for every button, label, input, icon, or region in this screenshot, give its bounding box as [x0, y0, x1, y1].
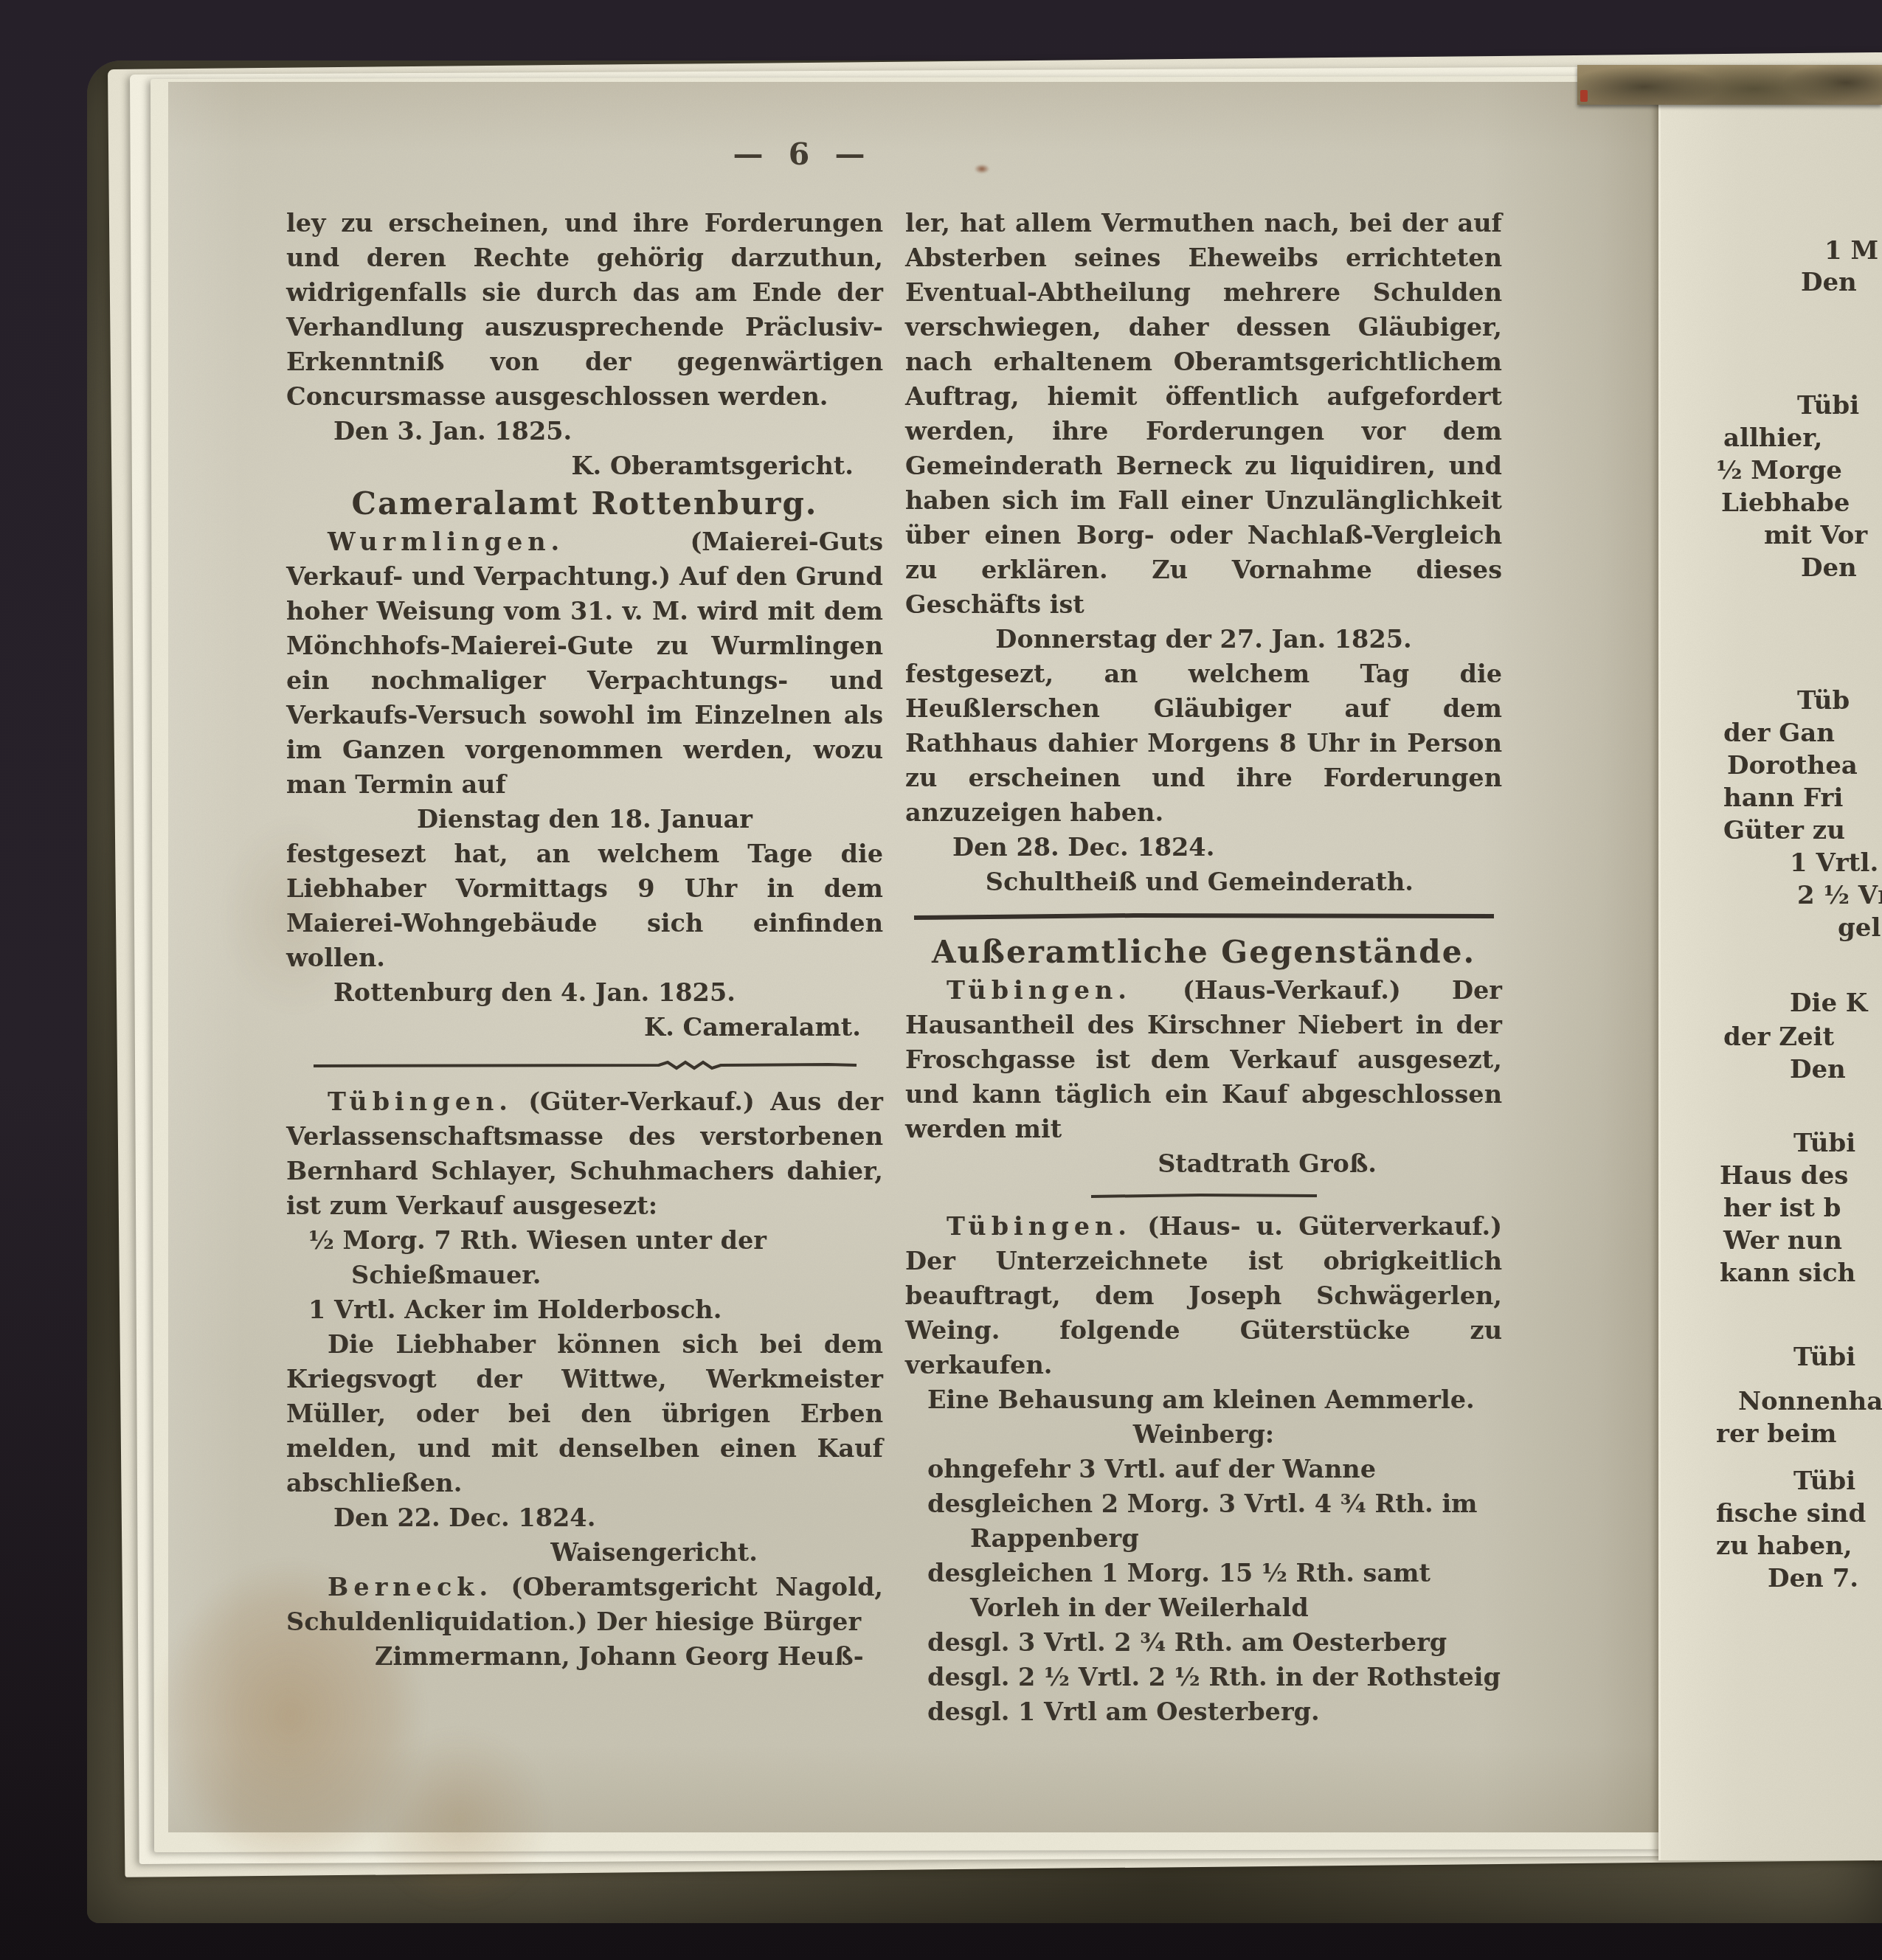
clipped-text: 2 ½ Vr	[1797, 879, 1882, 912]
clipped-text: mit Vor	[1764, 519, 1867, 552]
lot-item: desgleichen 2 Morg. 3 Vrtl. 4 ¾ Rth. im …	[905, 1486, 1502, 1556]
clipped-text: gel	[1838, 912, 1881, 944]
place-name: Tübingen.	[328, 1087, 513, 1116]
lot-item: desgleichen 1 Morg. 15 ½ Rth. samt Vorle…	[905, 1556, 1502, 1625]
clipped-text: Dorothea	[1727, 749, 1858, 782]
red-fleck	[1580, 90, 1588, 102]
clipped-text: zu haben,	[1716, 1530, 1852, 1562]
clipped-text: Tübi	[1793, 1127, 1855, 1160]
clipped-text: Tüb	[1797, 685, 1850, 717]
clipped-text: Tübi	[1793, 1465, 1855, 1497]
clipped-text: Den	[1801, 552, 1857, 584]
left-column: ley zu erscheinen, und ihre Forderungen …	[286, 206, 883, 1729]
lot-item: ohngefehr 3 Vrtl. auf der Wanne	[905, 1452, 1502, 1486]
section-divider	[1090, 1191, 1318, 1200]
binding-tape	[1577, 65, 1882, 105]
section-divider	[913, 911, 1495, 921]
notice-continuation: ler, hat allem Vermuthen nach, bei der a…	[905, 206, 1502, 622]
page-number: — 6 —	[168, 136, 1437, 172]
lot-item: desgl. 1 Vrtl am Oesterberg.	[905, 1694, 1502, 1729]
section-divider	[312, 1059, 858, 1071]
clipped-text: Die K	[1790, 987, 1867, 1019]
text-columns: ley zu erscheinen, und ihre Forderungen …	[286, 206, 1502, 1729]
next-page-sliver: 1 M Den Tübi allhier, ½ Morge Liebhabe m…	[1658, 102, 1882, 1860]
clipped-text: rer beim	[1716, 1418, 1837, 1450]
notice-paragraph: Tübingen. (Haus-Verkauf.) Der Hausanthei…	[905, 973, 1502, 1146]
clipped-text: der Gan	[1723, 717, 1835, 749]
notice-paragraph: Tübingen. (Güter-Verkauf.) Aus der Verla…	[286, 1084, 883, 1223]
clipped-text: Nonnenha	[1738, 1385, 1882, 1418]
clipped-text: ½ Morge	[1716, 454, 1842, 487]
section-heading: Cameralamt Rottenburg.	[286, 483, 883, 524]
lot-item: 1 Vrtl. Acker im Holderbosch.	[286, 1292, 883, 1327]
date-line: Den 3. Jan. 1825.	[286, 414, 883, 449]
clipped-text: der Zeit	[1723, 1021, 1834, 1053]
place-name: Tübingen.	[947, 1212, 1132, 1241]
signature: Stadtrath Groß.	[905, 1146, 1502, 1181]
person-name-line: Zimmermann, Johann Georg Heuß-	[286, 1639, 883, 1674]
notice-paragraph: Tübingen. (Haus- u. Güterverkauf.) Der U…	[905, 1209, 1502, 1382]
clipped-text: hann Fri	[1723, 782, 1843, 814]
clipped-text: fische sind	[1716, 1497, 1866, 1530]
date-announcement: Dienstag den 18. Januar	[286, 802, 883, 837]
notice-continuation: festgesezt, an welchem Tag die Heußlersc…	[905, 657, 1502, 830]
date-announcement: Donnerstag der 27. Jan. 1825.	[905, 622, 1502, 657]
left-page: — 6 — ley zu erscheinen, und ihre Forder…	[168, 82, 1660, 1832]
clipped-text: Den 7.	[1768, 1562, 1858, 1595]
date-line: Den 22. Dec. 1824.	[286, 1500, 883, 1535]
clipped-text: 1 M	[1824, 235, 1878, 267]
section-heading: Außeramtliche Gegenstände.	[905, 932, 1502, 973]
notice-continuation: festgesezt hat, an welchem Tage die Lieb…	[286, 837, 883, 975]
place-name: Berneck.	[328, 1573, 493, 1601]
notice-paragraph: Die Liebhaber können sich bei dem Kriegs…	[286, 1327, 883, 1500]
notice-paragraph: Wurmlingen. (Maierei-Guts Verkauf- und V…	[286, 524, 883, 802]
signature: K. Oberamtsgericht.	[286, 449, 883, 483]
clipped-text: 1 Vrtl.	[1790, 847, 1878, 879]
lot-item: Eine Behausung am kleinen Aemmerle.	[905, 1382, 1502, 1417]
clipped-text: Liebhabe	[1721, 487, 1850, 519]
notice-paragraph: Berneck. (Oberamtsgericht Nagold, Schuld…	[286, 1570, 883, 1639]
signature: Waisengericht.	[286, 1535, 883, 1570]
place-name: Wurmlingen.	[328, 527, 564, 556]
clipped-text: kann sich	[1720, 1257, 1855, 1289]
date-line: Den 28. Dec. 1824.	[905, 830, 1502, 865]
place-name: Tübingen.	[947, 976, 1132, 1005]
clipped-text: Wer nun	[1723, 1225, 1842, 1257]
clipped-text: Güter zu	[1723, 814, 1845, 847]
scanned-book-spread: — 6 — ley zu erscheinen, und ihre Forder…	[0, 0, 1882, 1960]
right-column: ler, hat allem Vermuthen nach, bei der a…	[905, 206, 1502, 1729]
lot-item: ½ Morg. 7 Rth. Wiesen unter der Schießma…	[286, 1223, 883, 1292]
clipped-text: Den	[1790, 1053, 1846, 1086]
date-line: Rottenburg den 4. Jan. 1825.	[286, 975, 883, 1010]
notice-continuation: ley zu erscheinen, und ihre Forderungen …	[286, 206, 883, 414]
sub-heading: Weinberg:	[905, 1417, 1502, 1452]
signature: Schultheiß und Gemeinderath.	[905, 865, 1502, 899]
lot-item: desgl. 2 ½ Vrtl. 2 ½ Rth. in der Rothste…	[905, 1660, 1502, 1694]
clipped-text: Haus des	[1720, 1160, 1848, 1192]
signature: K. Cameralamt.	[286, 1010, 883, 1045]
notice-text: (Maierei-Guts Verkauf- und Verpachtung.)…	[286, 527, 883, 799]
clipped-text: Tübi	[1797, 389, 1859, 422]
clipped-text: allhier,	[1723, 422, 1822, 454]
lot-item: desgl. 3 Vrtl. 2 ¾ Rth. am Oesterberg	[905, 1625, 1502, 1660]
clipped-text: Tübi	[1793, 1341, 1855, 1374]
clipped-text: her ist b	[1723, 1192, 1841, 1225]
clipped-text: Den	[1801, 266, 1857, 299]
